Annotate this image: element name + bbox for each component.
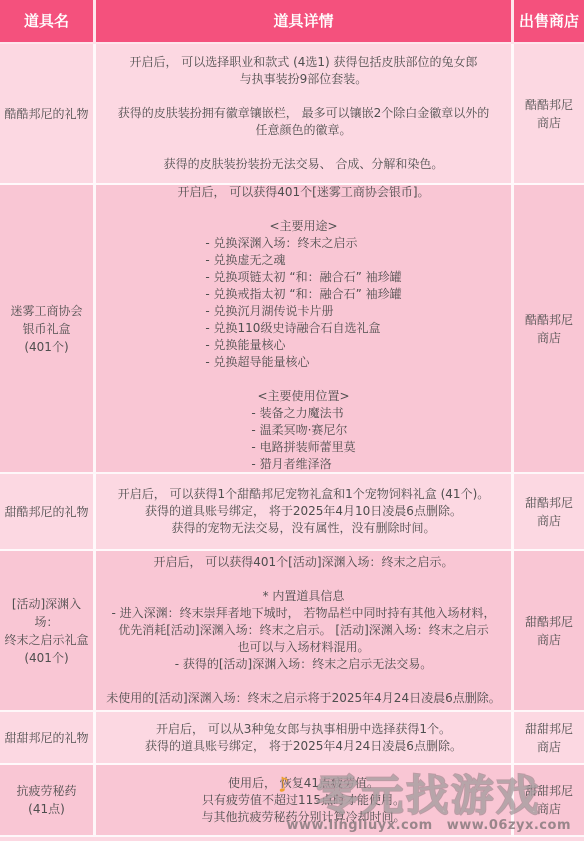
item-detail-cell: 开启后， 可以选择职业和款式 (4选1) 获得包括皮肤部位的兔女郎与执事装扮9部… [96,44,514,183]
text-line: - 装备之力魔法书 [251,405,355,422]
text-line: - 兑换沉月湖传说卡片册 [205,303,401,320]
text-line: 甜酷邦尼 [525,494,573,512]
text-line: 开启后， 可以选择职业和款式 (4选1) 获得包括皮肤部位的兔女郎 [129,54,477,71]
text-line: - 温柔冥吻·赛尼尔 [251,422,355,439]
item-name-cell: 迷雾工商协会银币礼盒(401个) [0,185,96,472]
text-line [302,88,306,105]
text-line: 商店 [537,800,561,818]
text-line: 也可以与入场材料混用。 [237,639,369,656]
text-line: 获得的宠物无法交易，没有属性，没有删除时间。 [171,520,435,537]
item-name-cell: 甜甜邦尼的礼物 [0,712,96,763]
bullet-list: - 兑换深渊入场：终末之启示- 兑换虚无之魂- 兑换项链太初 “和：融合石” 袖… [205,235,401,371]
text-line: 商店 [537,114,561,132]
text-line: - 猎月者维泽洛 [251,456,355,472]
text-line: 终末之启示礼盒 [4,631,88,649]
table-row: 抗疲劳秘药(41点)使用后， 恢复41点疲劳值。只有疲劳值不超过115点时才能使… [0,765,584,837]
text-line: [活动]深渊入场： [0,595,93,631]
item-table: 道具名 道具详情 出售商店 酷酷邦尼的礼物开启后， 可以选择职业和款式 (4选1… [0,0,584,841]
text-line: 获得的道具账号绑定， 将于2025年4月10日凌晨6点删除。 [145,503,462,520]
text-line: 酷酷邦尼 [525,96,573,114]
text-line: 酷酷邦尼的礼物 [4,105,88,123]
text-line: <主要用途> [269,218,337,235]
text-line: - 兑换110级史诗融合石自选礼盒 [205,320,401,337]
text-line: - 兑换超导能量核心 [205,354,401,371]
header-col-shop: 出售商店 [514,0,584,42]
text-line: 开启后， 可以获得401个[活动]深渊入场：终末之启示。 [153,554,453,571]
item-detail-cell: 开启后， 可以获得401个[活动]深渊入场：终末之启示。 * 内置道具信息- 进… [96,551,514,710]
text-line: - 获得的[活动]深渊入场：终末之启示无法交易。 [175,656,433,673]
text-line: 甜酷邦尼 [525,613,573,631]
text-line: - 兑换能量核心 [205,337,401,354]
text-line: 商店 [537,512,561,530]
shop-cell: 甜甜邦尼商店 [514,712,584,763]
text-line: 使用后， 恢复41点疲劳值。 [228,775,379,792]
text-line: 开启后， 可以从3种兔女郎与执事相册中选择获得1个。 [156,721,451,738]
text-line: 甜甜邦尼 [525,720,573,738]
text-line: 开启后， 可以获得1个甜酷邦尼宠物礼盒和1个宠物饲料礼盒 (41个)。 [118,486,490,503]
text-line: 商店 [537,738,561,756]
text-line [302,139,306,156]
text-line: 甜甜邦尼 [525,782,573,800]
shop-cell: 甜甜邦尼商店 [514,765,584,835]
table-row: [活动]深渊入场：终末之启示礼盒(401个)开启后， 可以获得401个[活动]深… [0,551,584,712]
text-line: - 兑换虚无之魂 [205,252,401,269]
text-line: 获得的皮肤装扮拥有徽章镶嵌栏， 最多可以镶嵌2个除白金徽章以外的 [118,105,489,122]
text-line [302,201,306,218]
header-row: 道具名 道具详情 出售商店 [0,0,584,44]
shop-cell: 酷酷邦尼商店 [514,44,584,183]
header-col-detail: 道具详情 [96,0,514,42]
text-line [302,371,306,388]
text-line: 任意颜色的徽章。 [255,122,351,139]
text-line: 获得的道具账号绑定， 将于2025年4月24日凌晨6点删除。 [145,738,462,755]
text-line: 与其他抗疲劳秘药分别计算冷却时间。 [201,809,405,826]
item-detail-cell: 使用后， 恢复41点疲劳值。只有疲劳值不超过115点时才能使用。与其他抗疲劳秘药… [96,765,514,835]
text-line: 抗疲劳秘药 [16,782,76,800]
item-name-cell: 甜酷邦尼的礼物 [0,474,96,549]
shop-cell: 甜酷邦尼商店 [514,551,584,710]
text-line: - 电路拼装师蕾里莫 [251,439,355,456]
text-line: (41点) [28,800,65,818]
text-line: - 兑换项链太初 “和：融合石” 袖珍罐 [205,269,401,286]
item-detail-cell: 开启后， 可以获得1个甜酷邦尼宠物礼盒和1个宠物饲料礼盒 (41个)。获得的道具… [96,474,514,549]
table-row: 甜酷邦尼的礼物开启后， 可以获得1个甜酷邦尼宠物礼盒和1个宠物饲料礼盒 (41个… [0,474,584,551]
text-line: 获得的皮肤装扮装扮无法交易、 合成、分解和染色。 [164,156,444,173]
item-name-cell: [活动]深渊入场：终末之启示礼盒(401个) [0,551,96,710]
text-line: 甜甜邦尼的礼物 [4,729,88,747]
text-line: - 进入深渊：终末崇拜者地下城时， 若物品栏中同时持有其他入场材料， [112,605,496,622]
text-line: 未使用的[活动]深渊入场：终末之启示将于2025年4月24日凌晨6点删除。 [106,690,500,707]
shop-cell: 酷酷邦尼商店 [514,185,584,472]
text-line: - 兑换深渊入场：终末之启示 [205,235,401,252]
text-line: 酷酷邦尼 [525,311,573,329]
text-line: <主要使用位置> [257,388,349,405]
bullet-list: - 装备之力魔法书- 温柔冥吻·赛尼尔- 电路拼装师蕾里莫- 猎月者维泽洛 [251,405,355,472]
item-detail-cell: 开启后， 可以获得401个[迷雾工商协会银币]。 <主要用途>- 兑换深渊入场：… [96,185,514,472]
text-line: * 内置道具信息 [263,588,345,605]
text-line: - 兑换戒指太初 “和：融合石” 袖珍罐 [205,286,401,303]
text-line [302,673,306,690]
header-col-item: 道具名 [0,0,96,42]
text-line: 银币礼盒 [22,320,70,338]
table-body: 酷酷邦尼的礼物开启后， 可以选择职业和款式 (4选1) 获得包括皮肤部位的兔女郎… [0,44,584,837]
shop-cell: 甜酷邦尼商店 [514,474,584,549]
text-line [302,571,306,588]
table-row: 迷雾工商协会银币礼盒(401个)开启后， 可以获得401个[迷雾工商协会银币]。… [0,185,584,474]
text-line: (401个) [24,338,68,356]
text-line: 商店 [537,329,561,347]
text-line: 与执事装扮9部位套装。 [240,71,368,88]
text-line: (401个) [24,649,68,667]
text-line: 只有疲劳值不超过115点时才能使用。 [202,792,405,809]
table-row: 甜甜邦尼的礼物开启后， 可以从3种兔女郎与执事相册中选择获得1个。获得的道具账号… [0,712,584,765]
text-line: 商店 [537,631,561,649]
item-name-cell: 抗疲劳秘药(41点) [0,765,96,835]
table-row: 酷酷邦尼的礼物开启后， 可以选择职业和款式 (4选1) 获得包括皮肤部位的兔女郎… [0,44,584,185]
text-line: 甜酷邦尼的礼物 [4,503,88,521]
text-line: 开启后， 可以获得401个[迷雾工商协会银币]。 [177,185,429,201]
text-line: 优先消耗[活动]深渊入场：终末之启示。 [活动]深渊入场：终末之启示 [118,622,489,639]
item-name-cell: 酷酷邦尼的礼物 [0,44,96,183]
item-detail-cell: 开启后， 可以从3种兔女郎与执事相册中选择获得1个。获得的道具账号绑定， 将于2… [96,712,514,763]
text-line: 迷雾工商协会 [10,302,82,320]
